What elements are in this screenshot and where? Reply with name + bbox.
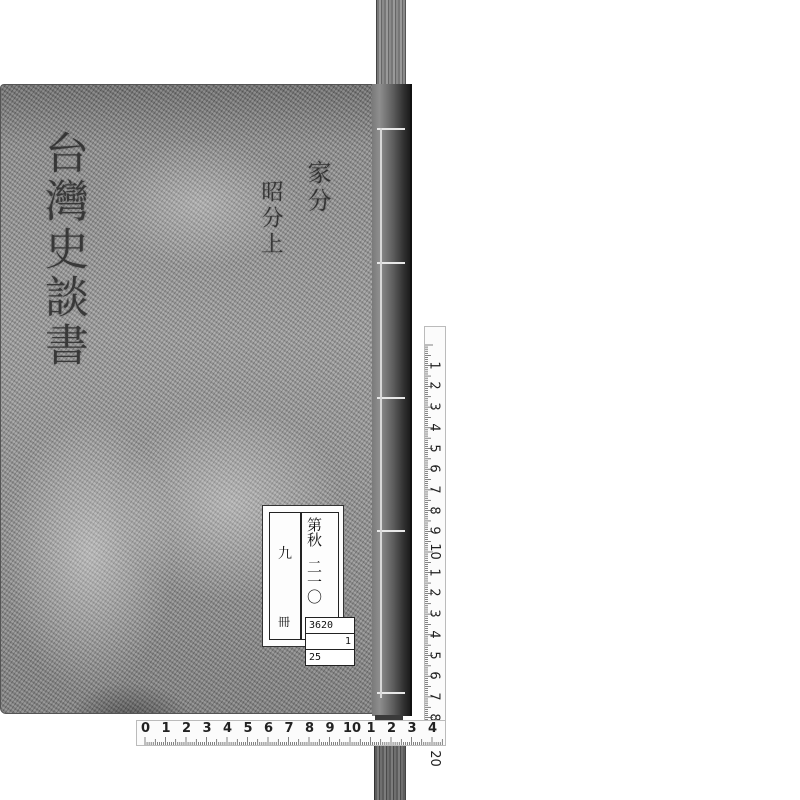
horizontal-ruler: 0123456789101234: [136, 720, 446, 746]
ruler-label: 4: [223, 721, 232, 736]
ruler-label: 10: [343, 721, 361, 736]
ruler-label: 1: [427, 361, 442, 369]
call-number-box: 3620 1 25: [305, 617, 355, 666]
ruler-label: 4: [427, 423, 442, 431]
ruler-label: 3: [203, 721, 212, 736]
ruler-label: 4: [427, 630, 442, 638]
vertical-ruler: 1234567891012345678920: [424, 326, 446, 746]
binding-thread: [380, 128, 382, 698]
cover-subtitle-1: 家分: [300, 160, 335, 216]
ruler-label: 9: [326, 721, 335, 736]
ruler-label: 8: [427, 506, 442, 514]
ruler-label: 10: [427, 543, 442, 560]
call-number-row: 1: [306, 634, 354, 650]
ruler-label: 2: [387, 721, 396, 736]
ruler-label: 7: [285, 721, 294, 736]
ruler-label: 1: [162, 721, 171, 736]
ruler-label: 2: [182, 721, 191, 736]
label-class-mark: 第秋: [304, 517, 325, 547]
ruler-label: 8: [305, 721, 314, 736]
ruler-label: 3: [408, 721, 417, 736]
ruler-label: 6: [264, 721, 273, 736]
ruler-label: 7: [427, 485, 442, 493]
call-number-row: 25: [306, 650, 354, 665]
ruler-label: 5: [427, 444, 442, 452]
label-number: 二一〇: [304, 559, 325, 604]
cover-title: 台灣史談書: [30, 130, 94, 370]
ruler-label: 5: [244, 721, 253, 736]
ruler-label: 0: [141, 721, 150, 736]
ruler-label: 6: [427, 465, 442, 473]
ruler-label: 20: [427, 750, 442, 767]
ruler-label: 2: [427, 589, 442, 597]
call-number-row: 3620: [306, 618, 354, 634]
label-volumes-suffix: 冊: [278, 613, 290, 630]
label-divider: [300, 513, 302, 639]
ruler-label: 3: [427, 402, 442, 410]
label-volumes: 九: [278, 543, 292, 563]
book-spine: [372, 84, 412, 716]
cover-subtitle-2: 昭分上: [255, 180, 286, 258]
binding-strap-bottom: [374, 745, 406, 800]
ruler-label: 5: [427, 651, 442, 659]
ruler-label: 1: [427, 568, 442, 576]
ruler-label: 2: [427, 382, 442, 390]
ruler-label: 3: [427, 609, 442, 617]
ruler-label: 1: [367, 721, 376, 736]
ruler-label: 6: [427, 672, 442, 680]
ruler-label: 4: [428, 721, 437, 736]
ruler-label: 9: [427, 527, 442, 535]
binding-strap-top: [376, 0, 406, 92]
ruler-ticks: [425, 327, 445, 745]
ruler-label: 7: [427, 692, 442, 700]
